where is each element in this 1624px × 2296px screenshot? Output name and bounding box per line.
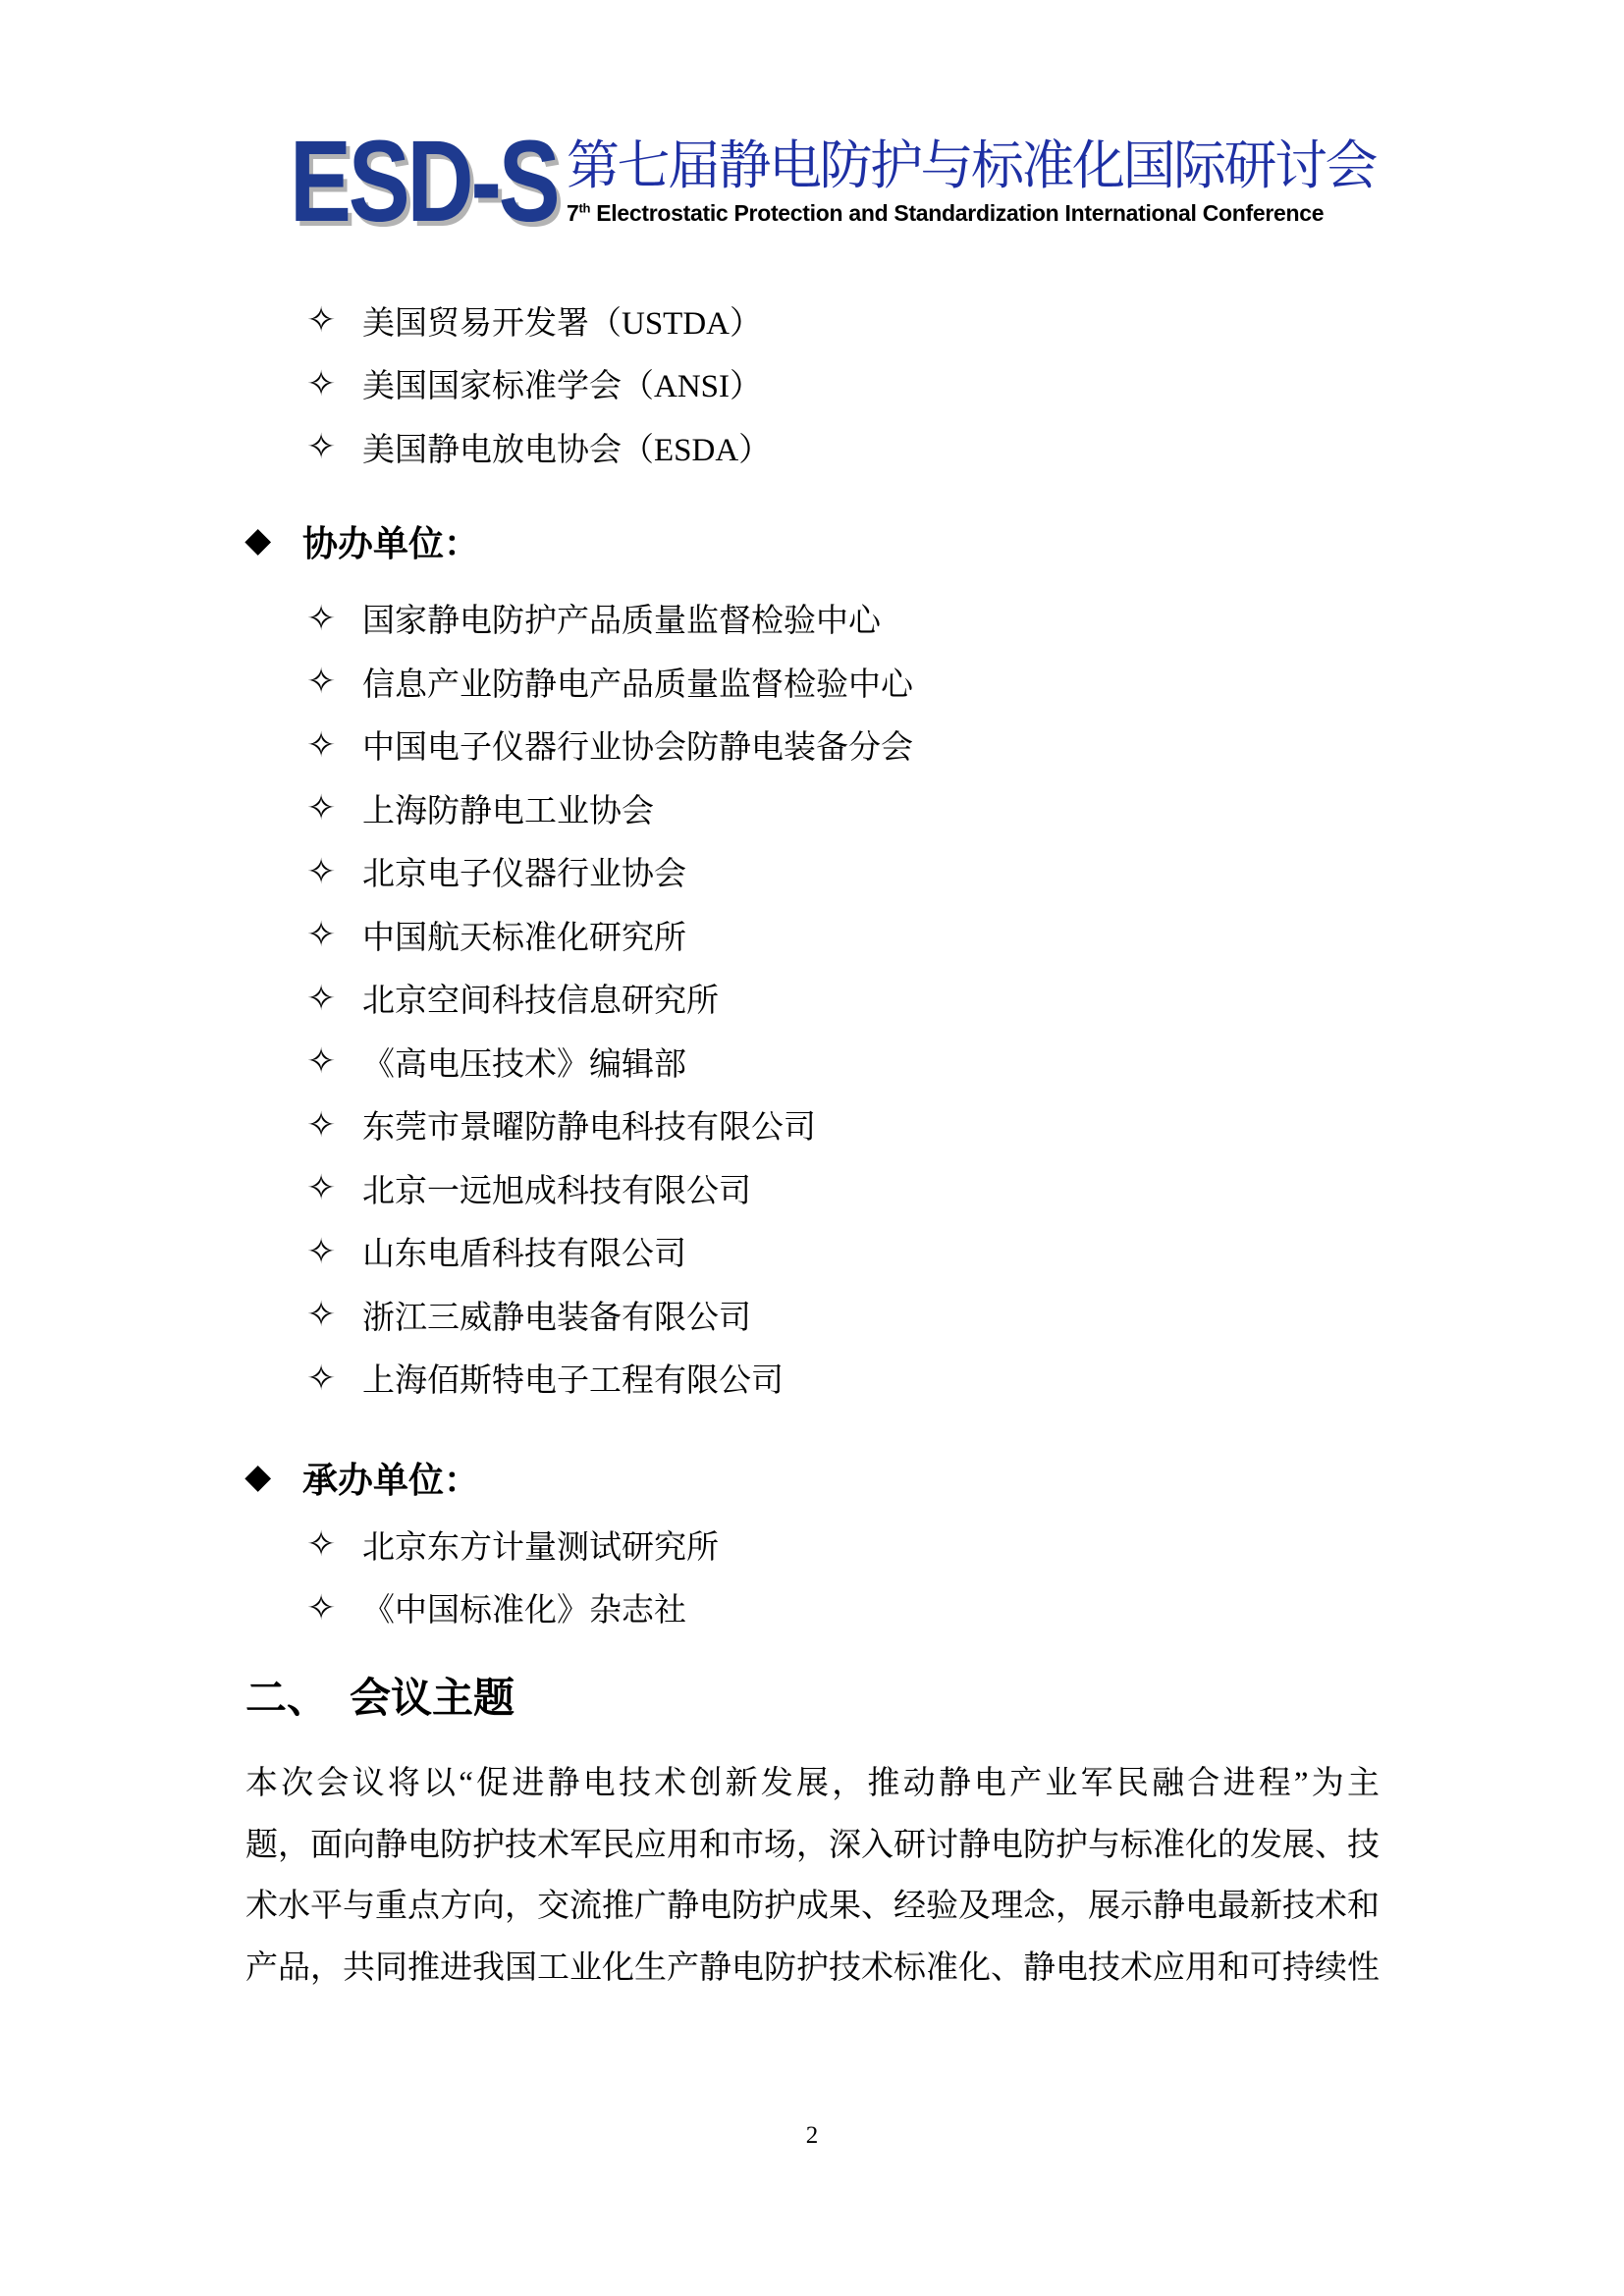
black-diamond-icon: ◆ bbox=[245, 525, 302, 558]
paragraph-line: 题，面向静电防护技术军民应用和市场，深入研讨静电防护与标准化的发展、技 bbox=[245, 1815, 1380, 1877]
list-item-label: 信息产业防静电产品质量监督检验中心 bbox=[362, 659, 913, 705]
list-item-label: 美国国家标准学会（ANSI） bbox=[362, 360, 762, 406]
paragraph-line: 术水平与重点方向，交流推广静电防护成果、经验及理念，展示静电最新技术和 bbox=[245, 1876, 1380, 1938]
list-item: ✧ 《高电压技术》编辑部 bbox=[245, 1030, 1380, 1094]
four-pointed-star-icon: ✧ bbox=[306, 429, 362, 464]
list-item-label: 北京电子仪器行业协会 bbox=[362, 848, 686, 894]
list-item-label: 《高电压技术》编辑部 bbox=[362, 1039, 686, 1085]
list-item: ✧ 东莞市景曜防静电科技有限公司 bbox=[245, 1094, 1380, 1157]
page-number: 2 bbox=[806, 2122, 819, 2149]
list-item: ✧ 上海防静电工业协会 bbox=[245, 776, 1380, 840]
organizer-list: ✧ 北京东方计量测试研究所 ✧ 《中国标准化》杂志社 bbox=[245, 1513, 1380, 1639]
four-pointed-star-icon: ✧ bbox=[306, 1107, 362, 1143]
chapter-heading: 二、会议主题 bbox=[245, 1672, 1380, 1727]
section-heading-organizers: ◆ 承办单位： bbox=[245, 1454, 1380, 1501]
four-pointed-star-icon: ✧ bbox=[306, 1361, 362, 1396]
coorganizer-list: ✧ 国家静电防护产品质量监督检验中心 ✧ 信息产业防静电产品质量监督检验中心 ✧… bbox=[245, 587, 1380, 1411]
conference-title-cn: 第七届静电防护与标准化国际研讨会 bbox=[567, 135, 1362, 198]
subtitle-ordinal: th bbox=[579, 200, 591, 215]
list-item-label: 中国电子仪器行业协会防静电装备分会 bbox=[362, 721, 913, 768]
conference-header: ESD-S 第七届静电防护与标准化国际研讨会 7th Electrostatic… bbox=[290, 135, 1370, 243]
four-pointed-star-icon: ✧ bbox=[306, 1297, 362, 1332]
four-pointed-star-icon: ✧ bbox=[306, 917, 362, 952]
list-item: ✧ 北京电子仪器行业协会 bbox=[245, 840, 1380, 904]
esd-s-logo: ESD-S bbox=[290, 124, 558, 240]
conference-subtitle-en: 7th Electrostatic Protection and Standar… bbox=[567, 200, 1362, 227]
list-item: ✧ 北京一远旭成科技有限公司 bbox=[245, 1156, 1380, 1220]
four-pointed-star-icon: ✧ bbox=[306, 664, 362, 699]
list-item: ✧ 美国贸易开发署（USTDA） bbox=[245, 289, 1380, 352]
supporting-org-list: ✧ 美国贸易开发署（USTDA） ✧ 美国国家标准学会（ANSI） ✧ 美国静电… bbox=[245, 289, 1380, 479]
list-item: ✧ 《中国标准化》杂志社 bbox=[245, 1576, 1380, 1640]
list-item: ✧ 浙江三威静电装备有限公司 bbox=[245, 1283, 1380, 1347]
four-pointed-star-icon: ✧ bbox=[306, 1043, 362, 1079]
list-item: ✧ 北京东方计量测试研究所 bbox=[245, 1513, 1380, 1576]
coorganizers-heading-label: 协办单位： bbox=[302, 516, 479, 566]
theme-paragraph: 本次会议将以“促进静电技术创新发展，推动静电产业军民融合进程”为主 题，面向静电… bbox=[245, 1753, 1380, 1999]
list-item-label: 上海佰斯特电子工程有限公司 bbox=[362, 1355, 784, 1401]
four-pointed-star-icon: ✧ bbox=[306, 1170, 362, 1205]
list-item: ✧ 国家静电防护产品质量监督检验中心 bbox=[245, 587, 1380, 651]
page-content: ✧ 美国贸易开发署（USTDA） ✧ 美国国家标准学会（ANSI） ✧ 美国静电… bbox=[245, 275, 1380, 1999]
black-diamond-icon: ◆ bbox=[245, 1462, 302, 1494]
list-item-label: 北京空间科技信息研究所 bbox=[362, 975, 719, 1021]
list-item: ✧ 上海佰斯特电子工程有限公司 bbox=[245, 1347, 1380, 1411]
chapter-number: 二、 bbox=[245, 1677, 328, 1722]
subtitle-text: Electrostatic Protection and Standardiza… bbox=[590, 200, 1324, 226]
list-item-label: 国家静电防护产品质量监督检验中心 bbox=[362, 595, 881, 641]
list-item: ✧ 信息产业防静电产品质量监督检验中心 bbox=[245, 650, 1380, 714]
four-pointed-star-icon: ✧ bbox=[306, 1526, 362, 1562]
list-item: ✧ 中国航天标准化研究所 bbox=[245, 903, 1380, 967]
list-item-label: 《中国标准化》杂志社 bbox=[362, 1584, 686, 1630]
list-item-label: 美国静电放电协会（ESDA） bbox=[362, 424, 771, 470]
list-item-label: 东莞市景曜防静电科技有限公司 bbox=[362, 1101, 816, 1148]
four-pointed-star-icon: ✧ bbox=[306, 790, 362, 826]
four-pointed-star-icon: ✧ bbox=[306, 727, 362, 763]
four-pointed-star-icon: ✧ bbox=[306, 601, 362, 636]
four-pointed-star-icon: ✧ bbox=[306, 302, 362, 338]
page-footer: 2 bbox=[0, 2122, 1624, 2150]
list-item: ✧ 中国电子仪器行业协会防静电装备分会 bbox=[245, 714, 1380, 777]
paragraph-line: 产品，共同推进我国工业化生产静电防护技术标准化、静电技术应用和可持续性 bbox=[245, 1938, 1380, 2000]
list-item-label: 山东电盾科技有限公司 bbox=[362, 1228, 686, 1274]
list-item: ✧ 北京空间科技信息研究所 bbox=[245, 967, 1380, 1031]
list-item-label: 浙江三威静电装备有限公司 bbox=[362, 1292, 751, 1338]
list-item-label: 北京东方计量测试研究所 bbox=[362, 1522, 719, 1568]
list-item-label: 上海防静电工业协会 bbox=[362, 785, 654, 831]
four-pointed-star-icon: ✧ bbox=[306, 981, 362, 1016]
header-titles: 第七届静电防护与标准化国际研讨会 7th Electrostatic Prote… bbox=[567, 135, 1362, 227]
section-heading-coorganizers: ◆ 协办单位： bbox=[245, 518, 1380, 565]
four-pointed-star-icon: ✧ bbox=[306, 1590, 362, 1626]
subtitle-number: 7 bbox=[567, 200, 579, 226]
list-item: ✧ 山东电盾科技有限公司 bbox=[245, 1220, 1380, 1284]
list-item: ✧ 美国静电放电协会（ESDA） bbox=[245, 415, 1380, 479]
chapter-title: 会议主题 bbox=[350, 1677, 514, 1722]
list-item-label: 北京一远旭成科技有限公司 bbox=[362, 1165, 751, 1211]
paragraph-line: 本次会议将以“促进静电技术创新发展，推动静电产业军民融合进程”为主 bbox=[245, 1753, 1380, 1815]
list-item-label: 美国贸易开发署（USTDA） bbox=[362, 297, 762, 344]
organizers-heading-label: 承办单位： bbox=[302, 1453, 479, 1503]
four-pointed-star-icon: ✧ bbox=[306, 1234, 362, 1269]
four-pointed-star-icon: ✧ bbox=[306, 366, 362, 401]
four-pointed-star-icon: ✧ bbox=[306, 854, 362, 889]
list-item-label: 中国航天标准化研究所 bbox=[362, 912, 686, 958]
list-item: ✧ 美国国家标准学会（ANSI） bbox=[245, 352, 1380, 416]
document-page: ESD-S 第七届静电防护与标准化国际研讨会 7th Electrostatic… bbox=[0, 0, 1624, 2296]
